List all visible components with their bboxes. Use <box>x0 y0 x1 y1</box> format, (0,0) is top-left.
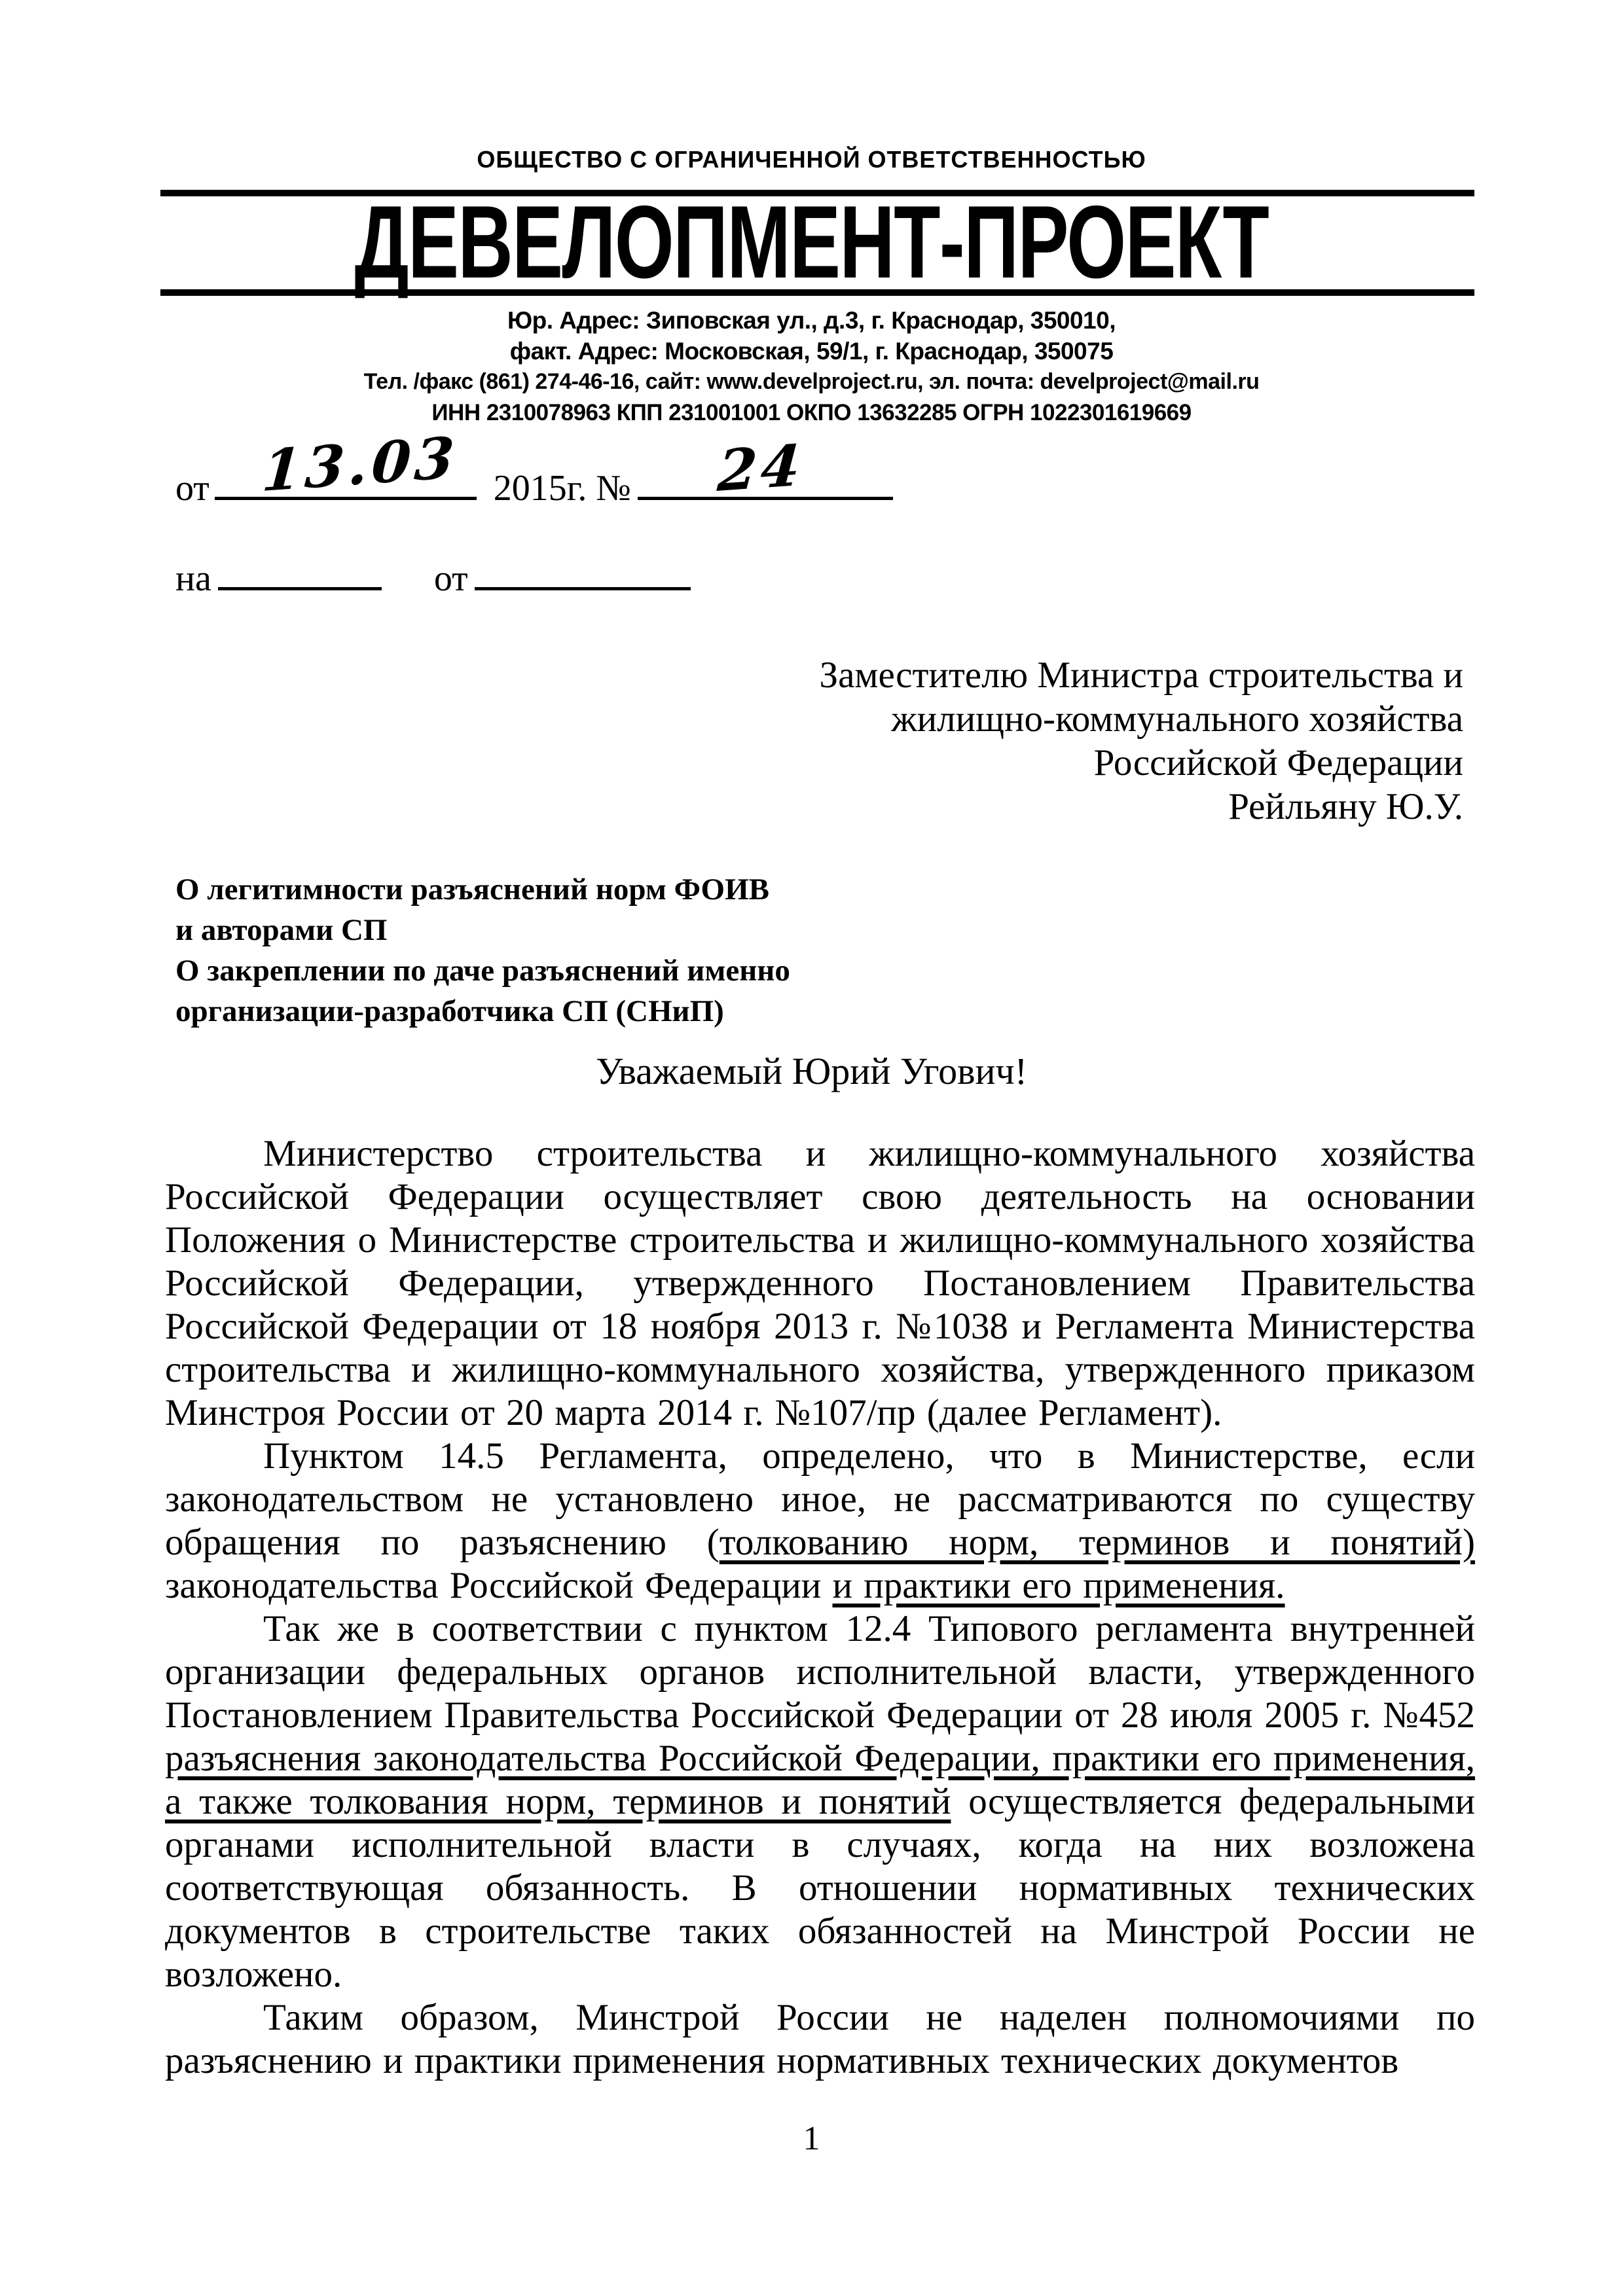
underlined-text: толкованию норм, терминов и понятий) <box>720 1522 1475 1563</box>
subject-line: и авторами СП <box>175 910 1623 950</box>
paragraph-text: Так же в соответствии с пунктом 12.4 Тип… <box>165 1608 1475 1736</box>
incoming-reference-line: наот <box>175 555 1623 602</box>
incoming-number-blank-line <box>218 581 382 590</box>
scanned-letter-page: ОБЩЕСТВО С ОГРАНИЧЕННОЙ ОТВЕТСТВЕННОСТЬЮ… <box>0 0 1623 2296</box>
handwritten-number: 24 <box>716 442 805 495</box>
addressee-block: Заместителю Министра строительства и жил… <box>0 653 1463 829</box>
contacts-line: Тел. /факс (861) 274-46-16, сайт: www.de… <box>0 367 1623 397</box>
letter-body: Министерство строительства и жилищно-ком… <box>165 1132 1475 2083</box>
subject-block: О легитимности разъяснений норм ФОИВ и а… <box>175 869 1623 1031</box>
salutation-line: Уважаемый Юрий Угович! <box>0 1051 1623 1092</box>
year-number-label: 2015г. № <box>494 468 631 509</box>
outgoing-reference-line: от13.032015г. №24 <box>175 465 1623 512</box>
ot-label: от <box>434 558 468 599</box>
na-label: на <box>175 558 211 599</box>
addressee-line: жилищно-коммунального хозяйства <box>0 697 1463 741</box>
body-paragraph: Таким образом, Минстрой России не наделе… <box>165 1996 1475 2083</box>
subject-line: О легитимности разъяснений норм ФОИВ <box>175 869 1623 910</box>
company-name-banner: ДЕВЕЛОПМЕНТ-ПРОЕКТ <box>0 200 1623 287</box>
underlined-text: и практики его применения. <box>832 1565 1285 1606</box>
from-label: от <box>175 468 210 509</box>
paragraph-text: законодательства Российской Федерации <box>165 1565 832 1606</box>
body-paragraph: Пунктом 14.5 Регламента, определено, что… <box>165 1435 1475 1607</box>
org-type-line: ОБЩЕСТВО С ОГРАНИЧЕННОЙ ОТВЕТСТВЕННОСТЬЮ <box>0 145 1623 174</box>
subject-line: О закреплении по даче разъяснений именно <box>175 950 1623 991</box>
body-paragraph: Министерство строительства и жилищно-ком… <box>165 1132 1475 1435</box>
paragraph-text: Министерство строительства и жилищно-ком… <box>165 1133 1475 1433</box>
actual-address-line: факт. Адрес: Московская, 59/1, г. Красно… <box>0 336 1623 367</box>
page-number: 1 <box>0 2119 1623 2158</box>
incoming-date-blank-line <box>475 581 691 590</box>
addressee-line: Заместителю Министра строительства и <box>0 653 1463 697</box>
registration-codes-line: ИНН 2310078963 КПП 231001001 ОКПО 136322… <box>0 397 1623 428</box>
addressee-line: Российской Федерации <box>0 741 1463 785</box>
subject-line: организации-разработчика СП (СНиП) <box>175 991 1623 1031</box>
addressee-line: Рейльяну Ю.У. <box>0 785 1463 829</box>
paragraph-text: Таким образом, Минстрой России не наделе… <box>165 1997 1475 2081</box>
number-blank-line: 24 <box>638 491 893 500</box>
body-paragraph: Так же в соответствии с пунктом 12.4 Тип… <box>165 1607 1475 1996</box>
company-name: ДЕВЕЛОПМЕНТ-ПРОЕКТ <box>355 197 1269 287</box>
legal-address-line: Юр. Адрес: Зиповская ул., д.3, г. Красно… <box>0 305 1623 336</box>
date-blank-line: 13.03 <box>215 491 477 500</box>
handwritten-date: 13.03 <box>261 435 460 495</box>
